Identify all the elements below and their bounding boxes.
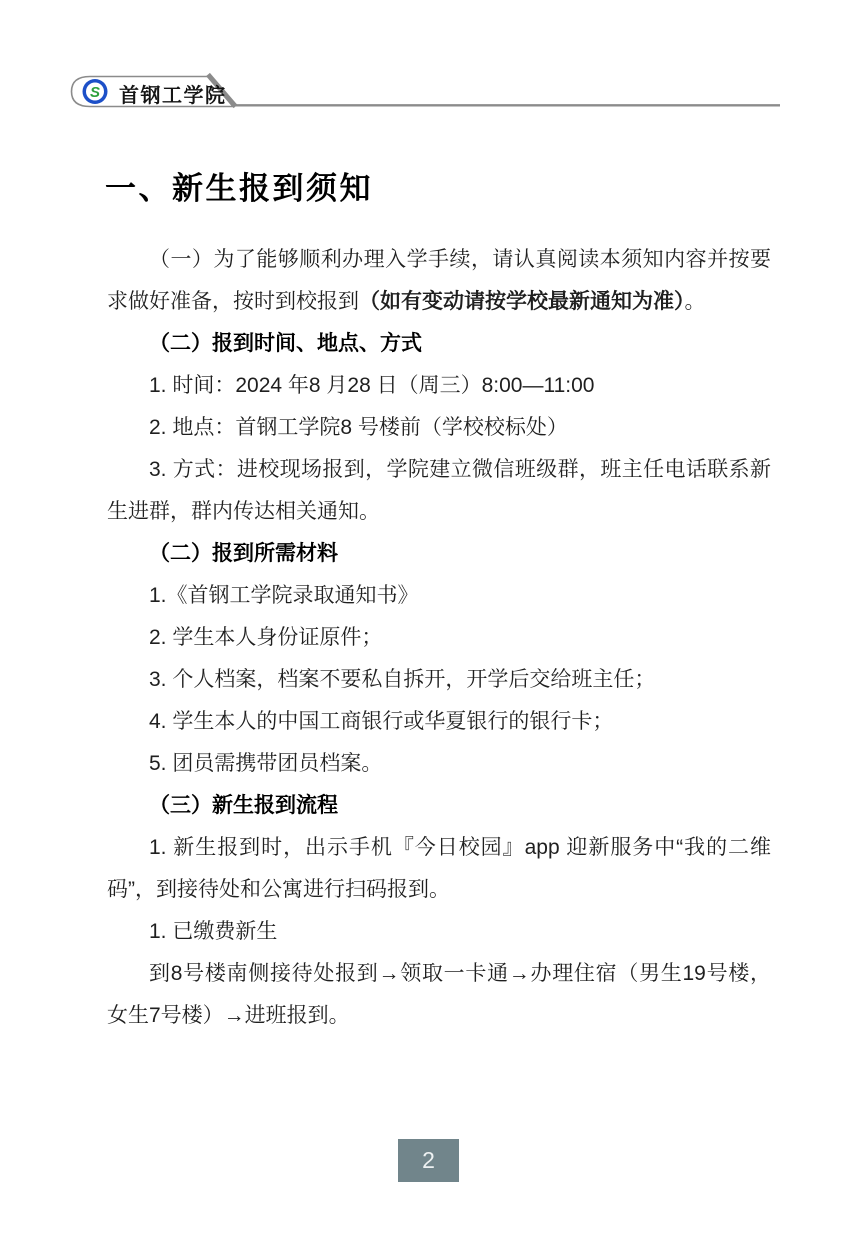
paragraph: （一）为了能够顺利办理入学手续，请认真阅读本须知内容并按要求做好准备，按时到校报…	[107, 239, 771, 323]
text-run: 3. 个人档案，档案不要私自拆开，开学后交给班主任；	[149, 668, 655, 691]
paragraph: 到8号楼南侧接待处报到→领取一卡通→办理住宿（男生19号楼，女生7号楼）→进班报…	[107, 953, 771, 1037]
section-heading: （二）报到时间、地点、方式	[107, 323, 771, 365]
paragraph: 1. 时间：2024 年8 月28 日（周三）8:00—11:00	[107, 365, 771, 407]
document-page: S 首钢工学院 一、新生报到须知 （一）为了能够顺利办理入学手续，请认真阅读本须…	[0, 0, 857, 1240]
paragraph: 2. 学生本人身份证原件；	[107, 617, 771, 659]
paragraph: 1.《首钢工学院录取通知书》	[107, 575, 771, 617]
text-run: 1. 新生报到时，出示手机『今日校园』app 迎新服务中“我的二维码”，到接待处…	[107, 836, 771, 901]
page-title: 一、新生报到须知	[105, 163, 373, 208]
header-decoration: S	[0, 0, 857, 130]
paragraph: 3. 个人档案，档案不要私自拆开，开学后交给班主任；	[107, 659, 771, 701]
section-heading: （三）新生报到流程	[107, 785, 771, 827]
text-run: 5. 团员需携带团员档案。	[149, 752, 382, 775]
text-run: 到8号楼南侧接待处报到→领取一卡通→办理住宿（男生19号楼，女生7号楼）→进班报…	[107, 962, 771, 1027]
text-run: 1.《首钢工学院录取通知书》	[149, 584, 419, 607]
text-run: 1. 时间：2024 年8 月28 日（周三）8:00—11:00	[149, 374, 594, 397]
paragraph: 1. 新生报到时，出示手机『今日校园』app 迎新服务中“我的二维码”，到接待处…	[107, 827, 771, 911]
body-paragraphs: （一）为了能够顺利办理入学手续，请认真阅读本须知内容并按要求做好准备，按时到校报…	[107, 239, 771, 1037]
page-number-badge: 2	[398, 1139, 459, 1182]
text-run: 2. 地点：首钢工学院8 号楼前（学校校标处）	[149, 416, 568, 439]
page-number: 2	[422, 1147, 435, 1174]
bold-text-run: （三）新生报到流程	[149, 794, 338, 817]
bold-text-run: （二）报到所需材料	[149, 542, 338, 565]
bold-text-run: （如有变动请按学校最新通知为准）	[359, 290, 685, 313]
paragraph: 1. 已缴费新生	[107, 911, 771, 953]
paragraph: 4. 学生本人的中国工商银行或华夏银行的银行卡；	[107, 701, 771, 743]
text-run: 2. 学生本人身份证原件；	[149, 626, 382, 649]
paragraph: 3. 方式：进校现场报到，学院建立微信班级群，班主任电话联系新生进群，群内传达相…	[107, 449, 771, 533]
text-run: 1. 已缴费新生	[149, 920, 277, 943]
paragraph: 2. 地点：首钢工学院8 号楼前（学校校标处）	[107, 407, 771, 449]
text-run: 3. 方式：进校现场报到，学院建立微信班级群，班主任电话联系新生进群，群内传达相…	[107, 458, 771, 523]
school-logo-icon: S	[83, 79, 108, 104]
section-heading: （二）报到所需材料	[107, 533, 771, 575]
bold-text-run: （二）报到时间、地点、方式	[149, 332, 422, 355]
text-run: 4. 学生本人的中国工商银行或华夏银行的银行卡；	[149, 710, 613, 733]
school-name: 首钢工学院	[119, 79, 227, 108]
svg-text:S: S	[90, 84, 100, 101]
paragraph: 5. 团员需携带团员档案。	[107, 743, 771, 785]
text-run: 。	[685, 290, 706, 313]
